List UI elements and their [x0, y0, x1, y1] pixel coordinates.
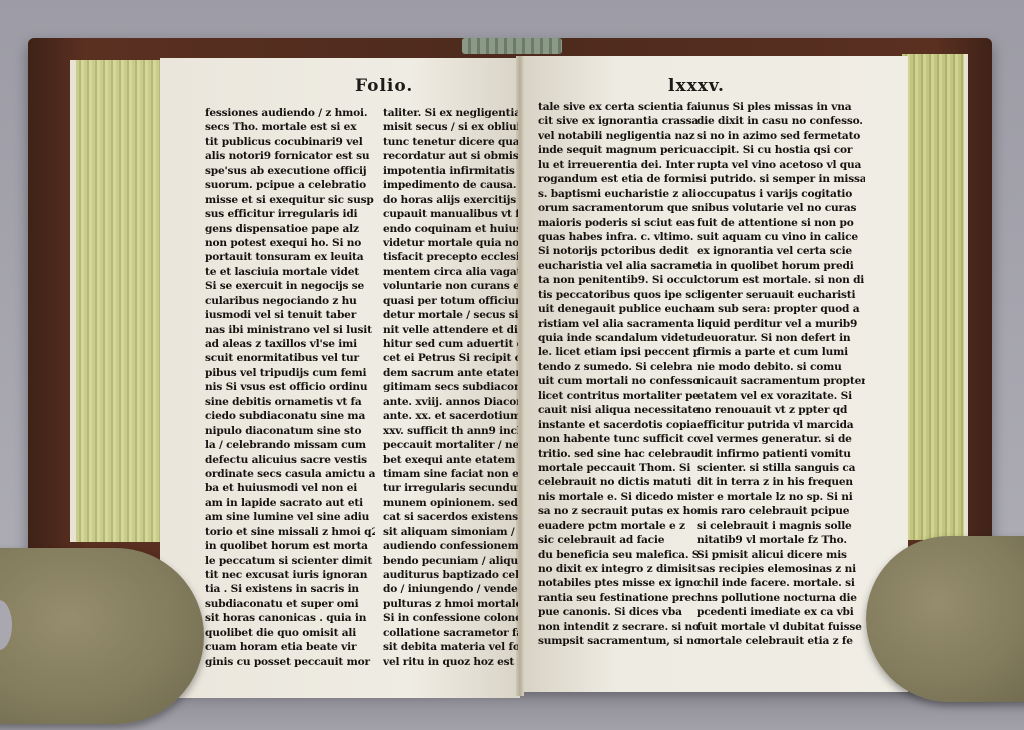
text-line: ter e mortale lz no sp. Si ni [697, 490, 865, 504]
right-brass-book-weight [866, 536, 1024, 702]
text-line: am in lapide sacrato aut eti [205, 496, 375, 510]
text-line: licet contritus mortaliter pec [538, 389, 698, 403]
text-line: nipulo diaconatum sine sto [205, 424, 375, 438]
text-line: iusmodi vel si tenuit taber [205, 308, 375, 322]
text-line: lu et irreuerentia dei. Inter [538, 158, 698, 172]
text-line: pcedenti imediate ex ca vbi [697, 605, 865, 619]
text-line: pulturas z hmoi mortale est [383, 597, 518, 611]
text-line: ginis cu posset peccauit mor [205, 655, 375, 669]
text-line: munem opinionem. sed pec [383, 496, 518, 510]
text-line: ba et huiusmodi vel non ei [205, 481, 375, 495]
text-line: ristiam vel alia sacramenta [538, 317, 698, 331]
text-line: dit infirmo patienti vomitu [697, 447, 865, 461]
text-line: tia . Si existens in sacris in [205, 582, 375, 596]
left-page-column-1: fessiones audiendo / z hmoi.secs Tho. mo… [205, 106, 375, 669]
text-line: pibus vel tripudijs cum femi [205, 366, 375, 380]
text-line: no dixit ex integro z dimisit [538, 562, 698, 576]
text-line: sus efficitur irregularis idi [205, 207, 375, 221]
text-line: ante. xviij. annos Diaconatu [383, 395, 518, 409]
text-line: tendo z sumedo. Si celebra [538, 360, 698, 374]
text-line: tis peccatoribus quos ipe sci [538, 288, 698, 302]
text-line: tia in quolibet horum predi [697, 259, 865, 273]
text-line: fessiones audiendo / z hmoi. [205, 106, 375, 120]
text-line: xxv. sufficit th ann9 inchoat [383, 424, 518, 438]
text-line: s. baptismi eucharistie z ali [538, 187, 698, 201]
text-line: cuam horam etia beate vir [205, 640, 375, 654]
text-line: ligenter seruauit eucharisti [697, 288, 865, 302]
text-line: quasi per totum officium vi [383, 294, 518, 308]
left-running-head: Folio. [355, 76, 413, 96]
text-line: accipit. Si cu hostia qsi cor [697, 143, 865, 157]
text-line: nit velle attendere et distra [383, 323, 518, 337]
text-line: rantia seu festinatione prect [538, 591, 698, 605]
text-line: cularibus negociando z hu [205, 294, 375, 308]
text-line: Si in confessione colonevel in [383, 611, 518, 625]
text-line: cat si sacerdos existens crim [383, 510, 518, 524]
text-line: si no in azimo sed fermetato [697, 129, 865, 143]
text-line: chil inde facere. mortale. si [697, 576, 865, 590]
text-line: subdiaconatu et super omi [205, 597, 375, 611]
text-line: dem sacrum ante etatem le [383, 366, 518, 380]
text-line: instante et sacerdotis copia [538, 418, 698, 432]
text-line: torio et sine missali z hmoi q2 [205, 525, 375, 539]
text-line: mis raro celebrauit pcipue [697, 504, 865, 518]
text-line: mortale celebrauit etia z fe [697, 634, 865, 648]
text-line: cauit nisi aliqua necessitate [538, 403, 698, 417]
text-line: vel vermes generatur. si de [697, 432, 865, 446]
text-line: bendo pecuniam / aliquo mo [383, 554, 518, 568]
text-line: te et lasciuia mortale videt [205, 265, 375, 279]
text-line: misse et si exequitur sic susp [205, 193, 375, 207]
text-line: nis Si vsus est officio ordinu [205, 380, 375, 394]
text-line: sit debita materia vel forma [383, 640, 518, 654]
text-line: le peccatum si scienter dimit [205, 554, 375, 568]
text-line: nis mortale e. Si dicedo mis [538, 490, 698, 504]
text-line: am sine lumine vel sine adiu [205, 510, 375, 524]
text-line: tit nec excusat iuris ignoran [205, 568, 375, 582]
text-line: quas habes infra. c. vltimo. [538, 230, 698, 244]
text-line: nicauit sacramentum propter ebri [697, 374, 865, 388]
text-line: no renouauit vt z ppter qd [697, 403, 865, 417]
text-line: suorum. pcipue a celebratio [205, 178, 375, 192]
text-line: impotentia infirmitatis vel [383, 164, 518, 178]
text-line: non potest exequi ho. Si no [205, 236, 375, 250]
text-line: collatione sacrametor facta [383, 626, 518, 640]
text-line: videtur mortale quia non sa [383, 236, 518, 250]
text-line: scuit enormitatibus vel tur [205, 351, 375, 365]
text-line: quolibet die quo omisit ali [205, 626, 375, 640]
text-line: inde sequit magnum pericu [538, 143, 698, 157]
text-line: ante. xx. et sacerdotium ante [383, 409, 518, 423]
text-line: mortale peccauit Thom. Si [538, 461, 698, 475]
text-line: misit secus / si ex obliuione [383, 120, 518, 134]
text-line: peccauit mortaliter / nec de [383, 438, 518, 452]
text-line: nas ibi ministrano vel si lusit [205, 323, 375, 337]
text-line: liquid perditur vel a murib9 [697, 317, 865, 331]
text-line: sine debitis ornametis vt fa [205, 395, 375, 409]
text-line: am sub sera: propter quod a [697, 302, 865, 316]
text-line: tit publicus cocubinari9 vel [205, 135, 375, 149]
text-line: orum sacramentorum que sut [538, 201, 698, 215]
text-line: non habente tunc sufficit co [538, 432, 698, 446]
text-line: tale sive ex certa scientia fa [538, 100, 698, 114]
text-line: non intendit z secrare. si no [538, 620, 698, 634]
text-line: timam sine faciat non effici [383, 467, 518, 481]
text-line: hns pollutione nocturna die [697, 591, 865, 605]
text-line: le. licet etiam ipsi peccent pe [538, 345, 698, 359]
text-line: detur mortale / secus si ppo [383, 308, 518, 322]
text-line: sic celebrauit ad facie [538, 533, 698, 547]
text-line: defectu alicuius sacre vestis [205, 453, 375, 467]
text-line: cupauit manualibus vt faci [383, 207, 518, 221]
text-line: sit aliquam simoniam / pecc [383, 525, 518, 539]
text-line: sas recipies elemosinas z ni [697, 562, 865, 576]
text-line: do / iniungendo / vendendo se [383, 582, 518, 596]
text-line: efficitur putrida vl marcida [697, 418, 865, 432]
text-line: sumpsit sacramentum, si no ie [538, 634, 698, 648]
text-line: ad aleas z taxillos vl'se imi [205, 337, 375, 351]
text-line: rupta vel vino acetoso vl qua [697, 158, 865, 172]
text-line: in quolibet horum est morta [205, 539, 375, 553]
text-line: endo coquinam et huiusmodi [383, 222, 518, 236]
text-line: do horas alijs exercitijs se oc [383, 193, 518, 207]
text-line: mentem circa alia vagatur [383, 265, 518, 279]
text-line: quia inde scandalum videtur morta [538, 331, 698, 345]
text-line: si putrido. si semper in missa [697, 172, 865, 186]
text-line: portauit tonsuram ex leuita [205, 250, 375, 264]
text-line: hitur sed cum aduertit colli [383, 337, 518, 351]
text-line: voluntarie non curans et si [383, 279, 518, 293]
right-page-column-2: iunus Si ples missas in vnadie dixit in … [697, 100, 865, 649]
text-line: fuit mortale vl dubitat fuisse [697, 620, 865, 634]
text-line: alis notori9 fornicator est su [205, 149, 375, 163]
text-line: occupatus i varijs cogitatio [697, 187, 865, 201]
text-line: maioris poderis si sciut eas [538, 216, 698, 230]
text-line: iunus Si ples missas in vna [697, 100, 865, 114]
text-line: ctorum est mortale. si non di [697, 273, 865, 287]
book-headband [462, 38, 562, 54]
text-line: deuoratur. Si non defert in [697, 331, 865, 345]
left-page-column-2: taliter. Si ex negligentia omisit secus … [383, 106, 518, 669]
text-line: uit cum mortali no confesso [538, 374, 698, 388]
text-line: si celebrauit i magnis solle [697, 519, 865, 533]
right-folio-number: lxxxv. [668, 76, 725, 96]
left-brass-book-weight [0, 548, 204, 724]
text-line: nibus volutarie vel no curas [697, 201, 865, 215]
text-line: gitimam secs subdiaconatum [383, 380, 518, 394]
text-line: vel ritu in quoz hoz est mortal [383, 655, 518, 669]
text-line: cit sive ex ignorantia crassa [538, 114, 698, 128]
text-line: rogandum est etia de formis [538, 172, 698, 186]
text-line: cet ei Petrus Si recipit ordi [383, 351, 518, 365]
text-line: sa no z secrauit putas ex hoc [538, 504, 698, 518]
text-line: pue canonis. Si dices vba [538, 605, 698, 619]
text-line: taliter. Si ex negligentia o [383, 106, 518, 120]
text-line: auditurus baptizado celebra [383, 568, 518, 582]
text-line: uit denegauit publice eucha [538, 302, 698, 316]
text-line: scienter. si stilla sanguis ca [697, 461, 865, 475]
text-line: secs Tho. mortale est si ex [205, 120, 375, 134]
text-line: ta non penitentib9. Si occul [538, 273, 698, 287]
text-line: eucharistia vel alia sacrame [538, 259, 698, 273]
text-line: tur irregularis secundum co [383, 481, 518, 495]
text-line: fuit de attentione si non po [697, 216, 865, 230]
text-line: bet exequi ante etatem legi [383, 453, 518, 467]
text-line: tritio. sed sine hac celebrauit [538, 447, 698, 461]
text-line: Si pmisit alicui dicere mis [697, 548, 865, 562]
text-line: die dixit in casu no confesso. [697, 114, 865, 128]
text-line: Si notorijs pctoribus dedit [538, 244, 698, 258]
text-line: suit aquam cu vino in calice [697, 230, 865, 244]
text-line: euadere pctm mortale e z [538, 519, 698, 533]
text-line: ciedo subdiaconatu sine ma [205, 409, 375, 423]
text-line: firmis a parte et cum lumi [697, 345, 865, 359]
text-line: nitatib9 vl mortale fz Tho. [697, 533, 865, 547]
text-line: impedimento de causa. Si dicen [383, 178, 518, 192]
text-line: tunc tenetur dicere quando [383, 135, 518, 149]
text-line: spe'sus ab executione officij [205, 164, 375, 178]
text-line: notabiles ptes misse ex igno [538, 576, 698, 590]
text-line: ex ignorantia vel certa scie [697, 244, 865, 258]
text-line: la / celebrando missam cum [205, 438, 375, 452]
text-line: recordatur aut si obmisit ex [383, 149, 518, 163]
text-line: audiendo confessionem / pa [383, 539, 518, 553]
text-line: gens dispensatioe pape alz [205, 222, 375, 236]
text-line: nie modo debito. si comu [697, 360, 865, 374]
text-line: celebrauit no dictis matuti [538, 475, 698, 489]
text-line: tisfacit precepto ecclesie. Si [383, 250, 518, 264]
text-line: etatem vel ex vorazitate. Si [697, 389, 865, 403]
right-page-block-edge [902, 54, 968, 540]
text-line: ordinate secs casula amictu al [205, 467, 375, 481]
text-line: sit horas canonicas . quia in [205, 611, 375, 625]
text-line: dit in terra z in his frequen [697, 475, 865, 489]
text-line: Si se exercuit in negocijs se [205, 279, 375, 293]
text-line: vel notabili negligentia naz [538, 129, 698, 143]
right-page-column-1: tale sive ex certa scientia facit sive e… [538, 100, 698, 649]
text-line: du beneficia seu malefica. Si [538, 548, 698, 562]
